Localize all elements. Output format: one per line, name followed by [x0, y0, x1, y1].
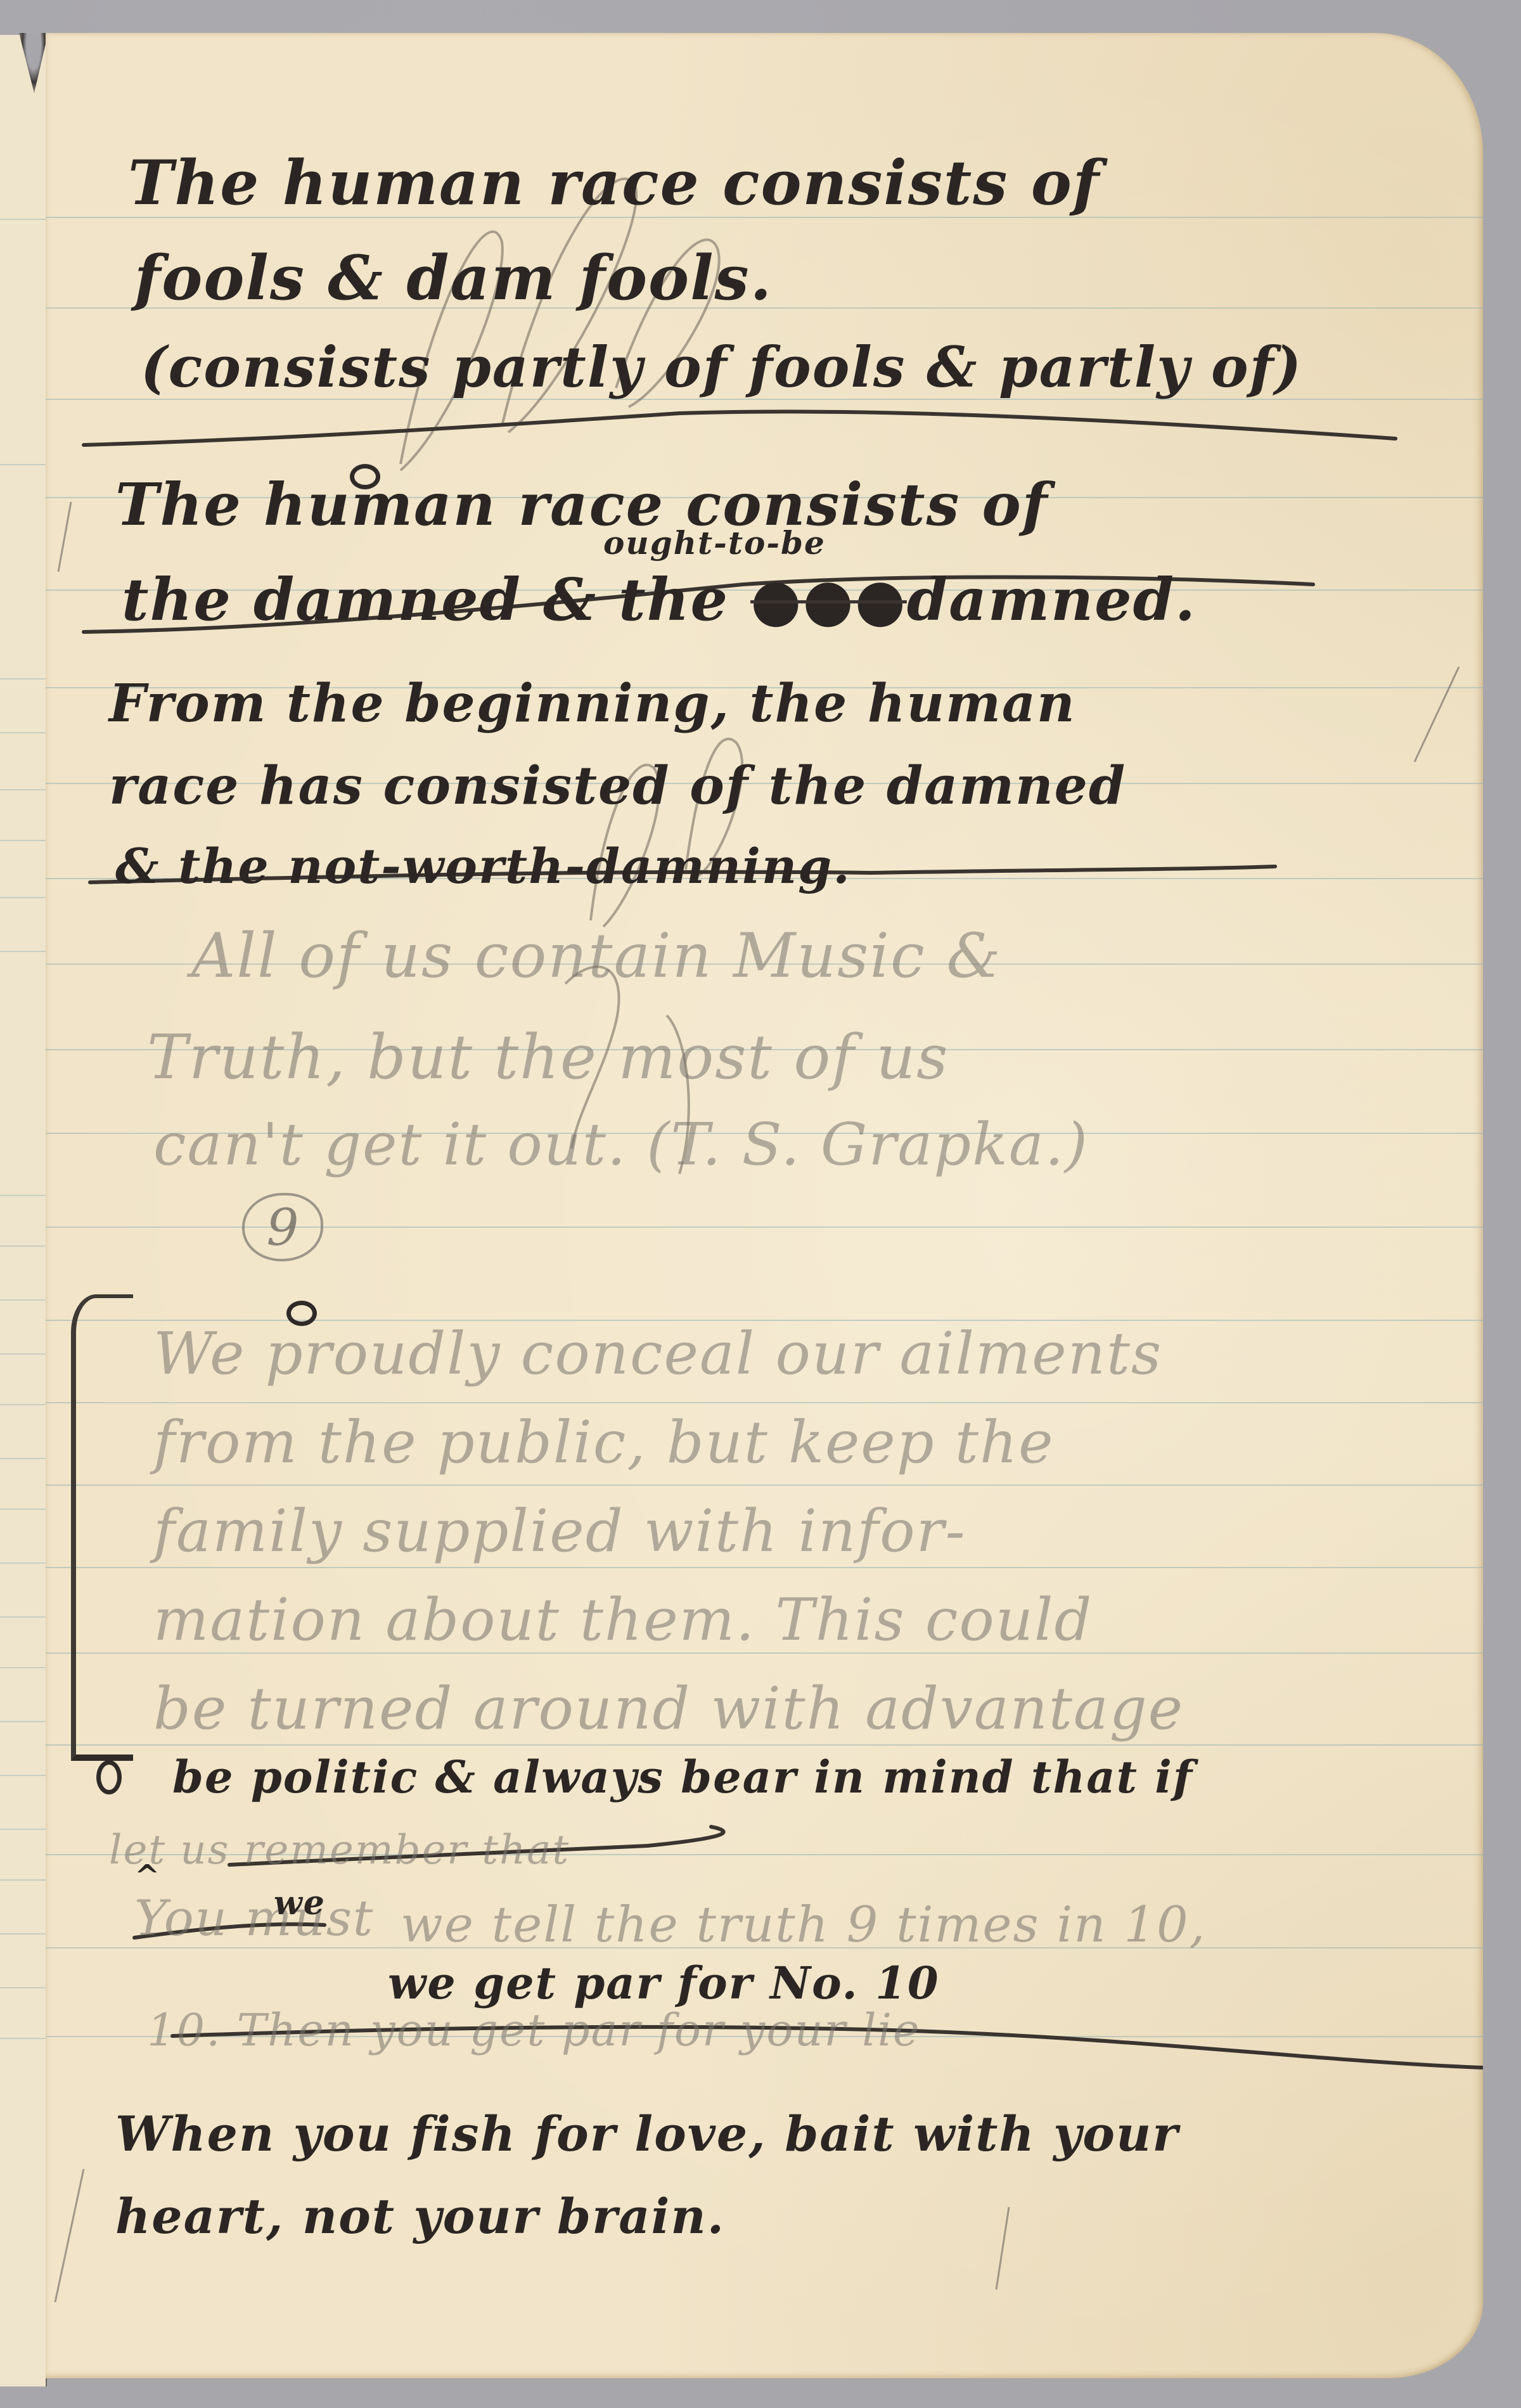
ruled-line — [46, 1402, 1483, 1403]
ruled-line — [0, 219, 46, 220]
ruled-line — [0, 1879, 46, 1881]
entry-2-line-2-text: the damned & the — [122, 565, 750, 634]
entry-5-line-2: from the public, but keep the — [153, 1408, 1055, 1476]
entry-2-insertion: ought-to-be — [603, 524, 826, 562]
ruled-line — [0, 1509, 46, 1510]
ruled-line — [0, 1987, 46, 1988]
entry-3-line-1: From the beginning, the human — [109, 673, 1076, 734]
ruled-line — [0, 1353, 46, 1355]
entry-6-insertion: we — [274, 1884, 326, 1922]
ruled-line — [0, 732, 46, 733]
ruled-line — [0, 1721, 46, 1722]
ruled-line — [0, 1299, 46, 1301]
ruled-line — [0, 1667, 46, 1668]
entry-5-line-3: family supplied with infor- — [153, 1497, 966, 1565]
ruled-line — [0, 1829, 46, 1830]
ruled-line — [0, 464, 46, 465]
entry-6-struck-3: 10. Then you get par for your lie — [147, 2004, 920, 2056]
entry-4-line-1: All of us contain Music & — [191, 920, 1002, 991]
entry-6-struck-1: let us remember that — [109, 1827, 570, 1874]
ruled-line — [0, 789, 46, 790]
entry-5-line-5: be turned around with advantage — [153, 1675, 1184, 1742]
ruled-line — [0, 1775, 46, 1776]
ruled-line — [0, 1195, 46, 1196]
entry-7-line-1: When you fish for love, bait with your — [115, 2106, 1179, 2162]
caret-mark: ^ — [134, 1858, 161, 1894]
ink-bracket-mark — [71, 1294, 133, 1761]
ruled-line — [0, 1616, 46, 1618]
entry-2-line-2: the damned & the ●●●damned. — [122, 565, 1197, 634]
entry-3-line-2: race has consisted of the damned — [109, 756, 1126, 816]
entry-4-line-3: can't get it out. (T. S. Grapka.) — [153, 1111, 1089, 1178]
entry-6-line-1: be politic & always bear in mind that if — [172, 1751, 1193, 1803]
entry-6-line-2: we tell the truth 9 times in 10, — [401, 1896, 1206, 1954]
ruled-line — [0, 1458, 46, 1459]
facing-page-edge — [0, 35, 47, 2386]
ruled-line — [0, 897, 46, 898]
entry-1-line-3: (consists partly of fools & partly of) — [141, 334, 1302, 400]
entry-4-line-2: Truth, but the most of us — [147, 1022, 949, 1093]
entry-2-line-2-end: damned. — [907, 565, 1197, 634]
ruled-line — [0, 840, 46, 841]
ruled-line — [46, 1484, 1483, 1486]
entry-1-line-1: The human race consists of — [128, 147, 1100, 219]
ruled-line — [0, 678, 46, 679]
ruled-line — [0, 1562, 46, 1564]
ruled-line — [0, 951, 46, 952]
ruled-line — [0, 1933, 46, 1935]
ruled-line — [0, 2038, 46, 2039]
entry-1-line-2: fools & dam fools. — [134, 242, 773, 314]
entry-6-struck-2: You must — [134, 1890, 374, 1947]
circled-page-number: 9 — [242, 1193, 323, 1261]
entry-3-line-3: & the not-worth-damning. — [115, 838, 851, 894]
struck-word: ●●● — [750, 565, 907, 634]
entry-5-line-4: mation about them. This could — [153, 1586, 1093, 1654]
notebook-page: The human race consists of fools & dam f… — [46, 33, 1483, 2378]
ink-circle-mark — [96, 1760, 122, 1794]
ruled-line — [46, 1744, 1483, 1746]
ruled-line — [0, 1404, 46, 1405]
entry-7-line-2: heart, not your brain. — [115, 2188, 725, 2244]
entry-2-line-1: The human race consists of — [115, 470, 1048, 539]
entry-6-line-3: we get par for No. 10 — [388, 1957, 940, 2009]
entry-5-line-1: We proudly conceal our ailments — [153, 1320, 1162, 1387]
ruled-line — [46, 1567, 1483, 1568]
ruled-line — [0, 1246, 46, 1247]
